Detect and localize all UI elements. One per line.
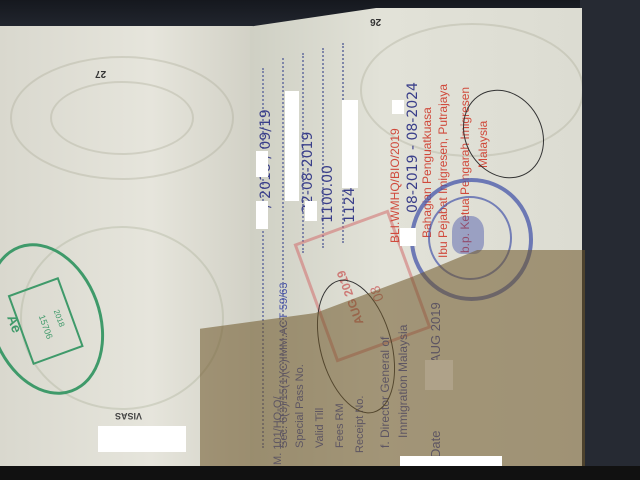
red-stamp-validity: 08-2019 - 08-2024	[405, 82, 421, 213]
redaction-box	[392, 100, 404, 114]
redaction-box	[305, 201, 317, 221]
redaction-box	[256, 151, 268, 177]
redaction-box	[400, 228, 416, 246]
redaction-box	[285, 91, 299, 201]
dark-background-bottom	[0, 466, 640, 480]
redaction-box	[98, 426, 186, 452]
handwritten-fees: 1100.00	[320, 165, 336, 223]
redaction-box	[256, 201, 268, 229]
security-pattern	[50, 81, 194, 155]
red-stamp-ref: BLI.WMHQ/BIO/2019	[388, 128, 402, 243]
coat-of-arms-icon	[452, 216, 484, 254]
dark-background-right	[580, 0, 640, 480]
page-number-right: 26	[370, 16, 381, 27]
visas-label: VISAS	[115, 411, 142, 421]
handwritten-receipt: 1124	[342, 187, 358, 223]
redaction-box	[342, 100, 358, 188]
page-number-left: 27	[95, 68, 106, 79]
